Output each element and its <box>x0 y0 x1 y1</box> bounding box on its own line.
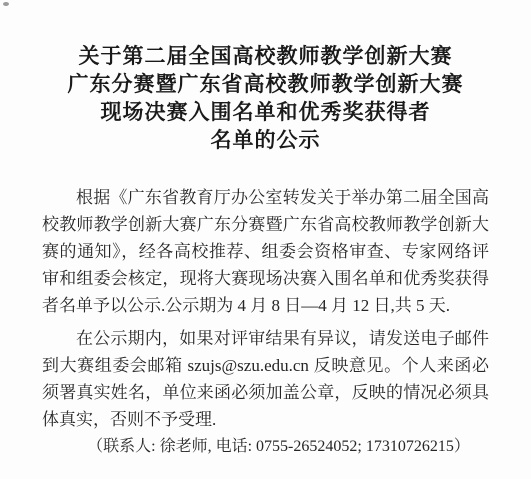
notice-paragraph-feedback: 在公示期内，如果对评审结果有异议，请发送电子邮件到大赛组委会邮箱 szujs@s… <box>42 325 489 433</box>
scan-artifact-dot <box>3 2 9 6</box>
notice-title: 关于第二届全国高校教师教学创新大赛 广东分赛暨广东省高校教师教学创新大赛 现场决… <box>40 42 491 154</box>
contact-line: （联系人: 徐老师, 电话: 0755-26524052; 1731072621… <box>42 433 489 460</box>
title-line-4: 名单的公示 <box>40 126 491 154</box>
notice-paragraph-basis: 根据《广东省教育厅办公室转发关于举办第二届全国高校教师教学创新大赛广东分赛暨广东… <box>42 184 489 319</box>
title-line-1: 关于第二届全国高校教师教学创新大赛 <box>40 42 491 70</box>
title-line-2: 广东分赛暨广东省高校教师教学创新大赛 <box>40 70 491 98</box>
scanned-notice-page: 关于第二届全国高校教师教学创新大赛 广东分赛暨广东省高校教师教学创新大赛 现场决… <box>0 0 531 479</box>
title-line-3: 现场决赛入围名单和优秀奖获得者 <box>40 98 491 126</box>
